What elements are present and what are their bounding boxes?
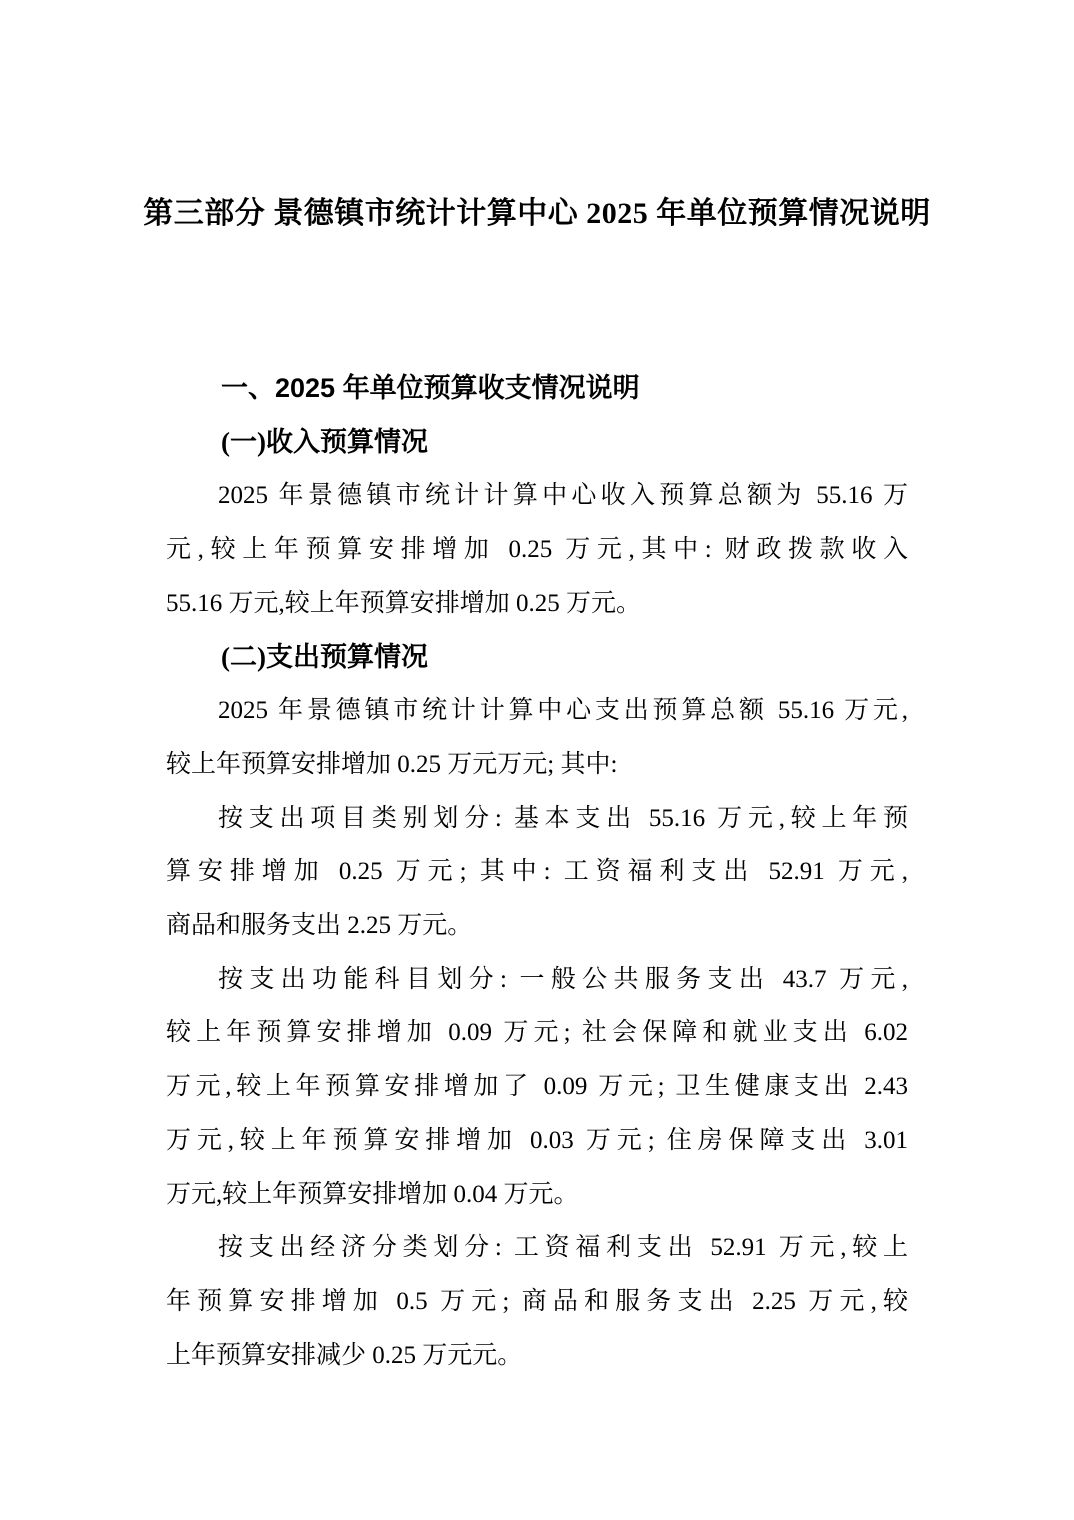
paragraph-line: 元,较上年预算安排增加 0.25 万元,其中: 财政拨款收入 <box>166 523 908 577</box>
paragraph-line: 55.16 万元,较上年预算安排增加 0.25 万元。 <box>166 577 908 631</box>
paragraph-line: 万元,较上年预算安排增加 0.04 万元。 <box>166 1168 908 1222</box>
paragraph-line: 上年预算安排减少 0.25 万元元。 <box>166 1329 908 1383</box>
paragraph-line: 按支出经济分类划分: 工资福利支出 52.91 万元,较上 <box>166 1221 908 1275</box>
paragraph-line: 按支出项目类别划分: 基本支出 55.16 万元,较上年预 <box>166 792 908 846</box>
paragraph-line: 较上年预算安排增加 0.25 万元万元; 其中: <box>166 738 908 792</box>
paragraph-line: 万元,较上年预算安排增加了 0.09 万元; 卫生健康支出 2.43 <box>166 1060 908 1114</box>
paragraph-line: 较上年预算安排增加 0.09 万元; 社会保障和就业支出 6.02 <box>166 1006 908 1060</box>
document-title: 第三部分 景德镇市统计计算中心 2025 年单位预算情况说明 <box>0 0 1074 236</box>
paragraph-line: 算安排增加 0.25 万元; 其中: 工资福利支出 52.91 万元, <box>166 845 908 899</box>
section-heading-budget-overview: 一、2025 年单位预算收支情况说明 <box>166 362 908 416</box>
subsection-heading-expenditure-budget: (二)支出预算情况 <box>166 631 908 685</box>
document-body: 一、2025 年单位预算收支情况说明 (一)收入预算情况 2025 年景德镇市统… <box>166 362 908 1382</box>
paragraph-line: 万元,较上年预算安排增加 0.03 万元; 住房保障支出 3.01 <box>166 1114 908 1168</box>
subsection-heading-income-budget: (一)收入预算情况 <box>166 416 908 470</box>
paragraph-line: 按支出功能科目划分: 一般公共服务支出 43.7 万元, <box>166 953 908 1007</box>
paragraph-line: 商品和服务支出 2.25 万元。 <box>166 899 908 953</box>
paragraph-line: 年预算安排增加 0.5 万元; 商品和服务支出 2.25 万元,较 <box>166 1275 908 1329</box>
paragraph-line: 2025 年景德镇市统计计算中心支出预算总额 55.16 万元, <box>166 684 908 738</box>
paragraph-line: 2025 年景德镇市统计计算中心收入预算总额为 55.16 万 <box>166 469 908 523</box>
document-page: 第三部分 景德镇市统计计算中心 2025 年单位预算情况说明 一、2025 年单… <box>0 0 1074 1520</box>
